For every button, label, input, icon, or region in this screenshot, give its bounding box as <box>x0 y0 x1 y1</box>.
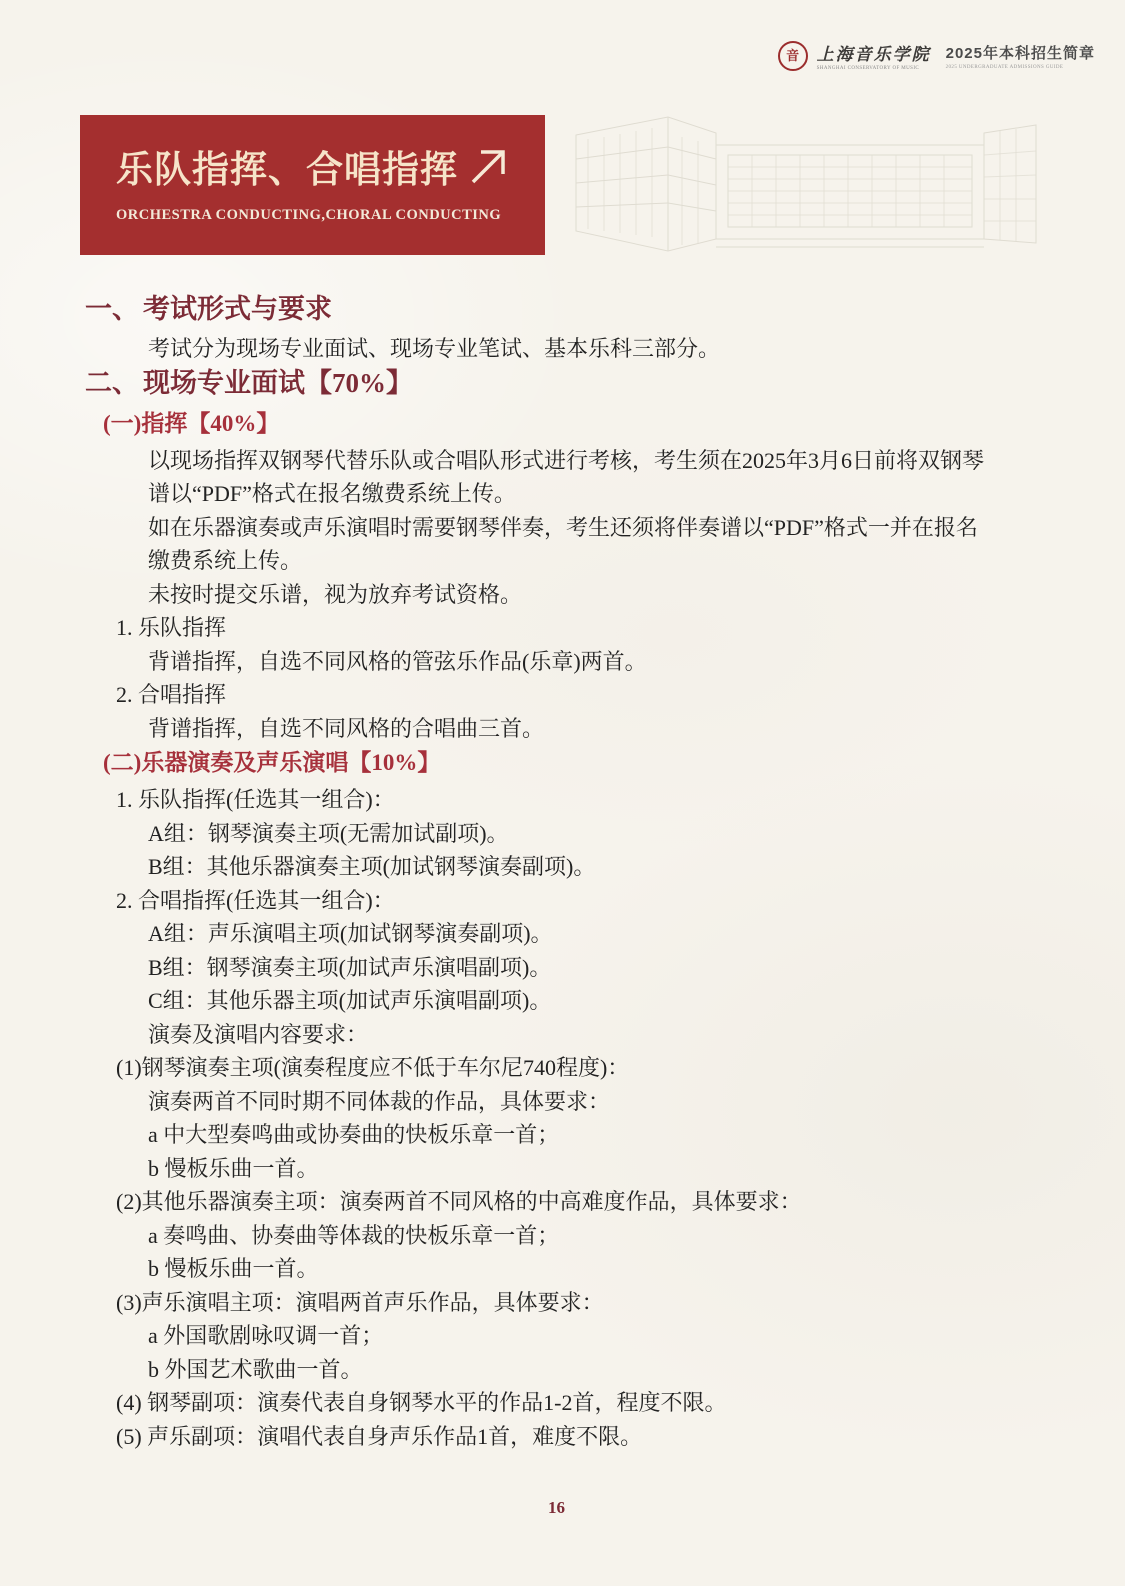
document-body: 一、考试形式与要求考试分为现场专业面试、现场专业笔试、基本乐科三部分。二、现场专… <box>80 292 1055 1453</box>
guide-title-zh: 2025年本科招生简章 <box>946 42 1095 63</box>
brand-header: 音 上海音乐学院 SHANGHAI CONSERVATORY OF MUSIC … <box>778 40 1095 71</box>
text-line: 谱以“PDF”格式在报名缴费系统上传。 <box>80 477 1055 511</box>
text-line: 演奏两首不同时期不同体裁的作品，具体要求： <box>80 1085 1055 1119</box>
banner-subtitle: ORCHESTRA CONDUCTING,CHORAL CONDUCTING <box>116 207 519 224</box>
text-line: 缴费系统上传。 <box>80 544 1055 578</box>
text-line: 未按时提交乐谱，视为放弃考试资格。 <box>80 578 1055 612</box>
brochure-page: { "colors": { "banner_red": "#a42f2f", "… <box>0 0 1125 1586</box>
sub-heading: (二)乐器演奏及声乐演唱【10%】 <box>80 745 1055 783</box>
text-line: A组：钢琴演奏主项(无需加试副项)。 <box>80 817 1055 851</box>
building-illustration <box>548 103 1040 255</box>
text-line: (5) 声乐副项：演唱代表自身声乐作品1首，难度不限。 <box>80 1420 1055 1454</box>
text-line: B组：其他乐器演奏主项(加试钢琴演奏副项)。 <box>80 850 1055 884</box>
school-name-zh: 上海音乐学院 <box>817 40 931 65</box>
section-banner: 乐队指挥、合唱指挥 ORCHESTRA CONDUCTING,CHORAL CO… <box>80 115 545 255</box>
text-line: 背谱指挥，自选不同风格的合唱曲三首。 <box>80 712 1055 746</box>
guide-title-en: 2025 UNDERGRADUATE ADMISSIONS GUIDE <box>946 65 1064 70</box>
text-line: (3)声乐演唱主项：演唱两首声乐作品，具体要求： <box>80 1286 1055 1320</box>
text-line: 演奏及演唱内容要求： <box>80 1018 1055 1052</box>
text-line: 以现场指挥双钢琴代替乐队或合唱队形式进行考核，考生须在2025年3月6日前将双钢… <box>80 444 1055 478</box>
guide-title-block: 2025年本科招生简章 2025 UNDERGRADUATE ADMISSION… <box>946 42 1095 70</box>
text-line: C组：其他乐器主项(加试声乐演唱副项)。 <box>80 984 1055 1018</box>
text-line: (4) 钢琴副项：演奏代表自身钢琴水平的作品1-2首，程度不限。 <box>80 1386 1055 1420</box>
text-line: b 慢板乐曲一首。 <box>80 1152 1055 1186</box>
text-line: A组：声乐演唱主项(加试钢琴演奏副项)。 <box>80 917 1055 951</box>
text-line: B组：钢琴演奏主项(加试声乐演唱副项)。 <box>80 951 1055 985</box>
text-line: (2)其他乐器演奏主项：演奏两首不同风格的中高难度作品，具体要求： <box>80 1185 1055 1219</box>
section-number: 一、 <box>80 292 143 326</box>
text-line: b 慢板乐曲一首。 <box>80 1252 1055 1286</box>
text-line: 2. 合唱指挥 <box>80 678 1055 712</box>
text-line: 2. 合唱指挥(任选其一组合)： <box>80 884 1055 918</box>
banner-title: 乐队指挥、合唱指挥 <box>116 139 458 193</box>
section-title: 考试形式与要求 <box>143 292 332 326</box>
text-line: 考试分为现场专业面试、现场专业笔试、基本乐科三部分。 <box>80 332 1055 366</box>
text-line: a 奏鸣曲、协奏曲等体裁的快板乐章一首； <box>80 1219 1055 1253</box>
conservatory-seal-icon: 音 <box>778 41 808 71</box>
text-line: b 外国艺术歌曲一首。 <box>80 1353 1055 1387</box>
school-name-block: 上海音乐学院 SHANGHAI CONSERVATORY OF MUSIC <box>817 40 931 71</box>
section-title: 现场专业面试【70%】 <box>143 366 413 400</box>
section-heading: 一、考试形式与要求 <box>80 292 1055 332</box>
sub-heading: (一)指挥【40%】 <box>80 406 1055 444</box>
section-heading: 二、现场专业面试【70%】 <box>80 366 1055 406</box>
text-line: 1. 乐队指挥 <box>80 611 1055 645</box>
text-line: a 中大型奏鸣曲或协奏曲的快板乐章一首； <box>80 1118 1055 1152</box>
text-line: 1. 乐队指挥(任选其一组合)： <box>80 783 1055 817</box>
school-name-en: SHANGHAI CONSERVATORY OF MUSIC <box>817 66 920 71</box>
page-number: 16 <box>0 1498 1113 1518</box>
text-line: a 外国歌剧咏叹调一首； <box>80 1319 1055 1353</box>
text-line: 背谱指挥，自选不同风格的管弦乐作品(乐章)两首。 <box>80 645 1055 679</box>
seal-glyph: 音 <box>786 45 799 64</box>
arrow-up-right-icon <box>467 144 511 188</box>
text-line: (1)钢琴演奏主项(演奏程度应不低于车尔尼740程度)： <box>80 1051 1055 1085</box>
text-line: 如在乐器演奏或声乐演唱时需要钢琴伴奏，考生还须将伴奏谱以“PDF”格式一并在报名 <box>80 511 1055 545</box>
section-number: 二、 <box>80 366 143 400</box>
